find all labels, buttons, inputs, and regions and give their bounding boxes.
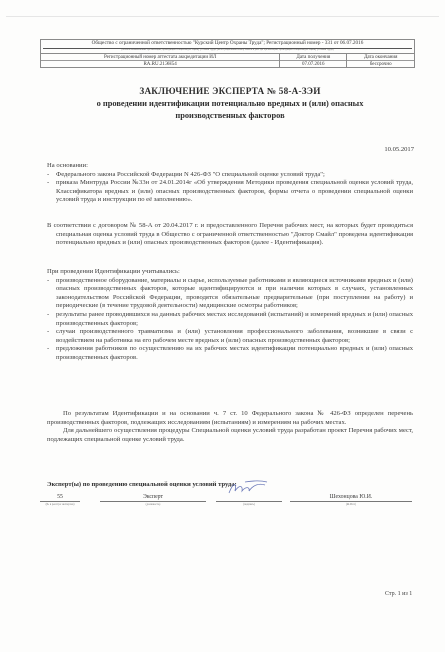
position-caption: (должность)	[100, 503, 206, 506]
considered-item: случаи производственного травматизма и (…	[47, 328, 413, 345]
expiry-value: бессрочно	[347, 61, 414, 68]
scan-edge-line	[6, 16, 439, 17]
document-title: ЗАКЛЮЧЕНИЕ ЭКСПЕРТА № 58-А-ЗЭИ	[40, 86, 420, 96]
basis-heading: На основании:	[47, 162, 413, 171]
document-subtitle: о проведении идентификации потенциально …	[40, 98, 420, 122]
subtitle-line-2: производственных факторов	[40, 110, 420, 122]
signature-line	[216, 494, 282, 502]
accreditation-number: RA.RU.21ЭН54	[41, 61, 280, 68]
further-paragraph: Для дальнейшего осуществления процедуры …	[47, 427, 413, 444]
issued-date: 07.07.2016	[280, 61, 347, 68]
document-date: 10.05.2017	[384, 146, 414, 153]
accreditation-table: Регистрационный номер аттестата аккредит…	[41, 54, 414, 67]
basis-section: На основании: Федерального закона Россий…	[47, 162, 413, 205]
experts-heading: Эксперт(ы) по проведению специальной оце…	[47, 481, 237, 488]
page-number: Стр. 1 из 1	[385, 591, 412, 597]
contract-section: В соответствии с договором № 58-А от 20.…	[47, 222, 413, 248]
result-section: По результатам Идентификации и на основа…	[47, 410, 413, 444]
basis-item: Федерального закона Российской Федерации…	[47, 171, 413, 180]
expert-position: Эксперт	[100, 494, 206, 502]
considered-heading: При проведении Идентификации учитывались…	[47, 268, 413, 277]
header-box: Общество с ограниченной ответственностью…	[40, 39, 415, 68]
subtitle-line-1: о проведении идентификации потенциально …	[40, 98, 420, 110]
registry-caption: (№ в реестре экспертов)	[40, 503, 80, 506]
considered-item: результаты ранее проводившихся на данных…	[47, 311, 413, 328]
name-caption: (Ф.И.О.)	[290, 503, 412, 506]
considered-section: При проведении Идентификации учитывались…	[47, 268, 413, 363]
considered-item: производственное оборудование, материалы…	[47, 277, 413, 311]
contract-paragraph: В соответствии с договором № 58-А от 20.…	[47, 222, 413, 248]
result-paragraph: По результатам Идентификации и на основа…	[47, 410, 413, 427]
document-page: Общество с ограниченной ответственностью…	[0, 0, 445, 652]
considered-item: предложения работников по осуществлению …	[47, 345, 413, 362]
expert-name: Шехонцова Ю.И.	[290, 494, 412, 502]
organization-line: Общество с ограниченной ответственностью…	[41, 40, 414, 48]
signature-caption: (подпись)	[216, 503, 282, 506]
registry-number: 55	[40, 494, 80, 502]
basis-item: приказа Минтруда России №33н от 24.01.20…	[47, 179, 413, 205]
